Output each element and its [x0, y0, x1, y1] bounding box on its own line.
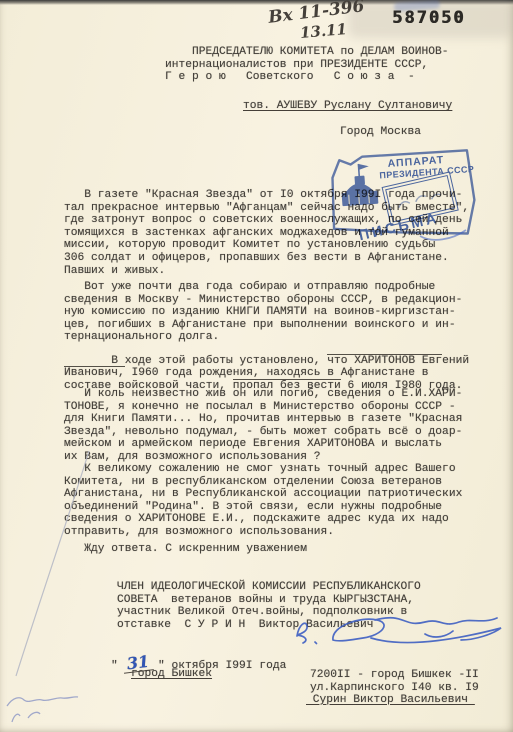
crease-line: [16, 451, 89, 676]
margin-note-squiggle: [7, 697, 78, 722]
pen-marks-overlay: [0, 0, 513, 732]
scanned-letter-page: Вх 11-396 13.11 587050 ПРЕДСЕДАТЕЛЮ КОМИ…: [0, 0, 513, 732]
pen-tick: [420, 230, 466, 240]
